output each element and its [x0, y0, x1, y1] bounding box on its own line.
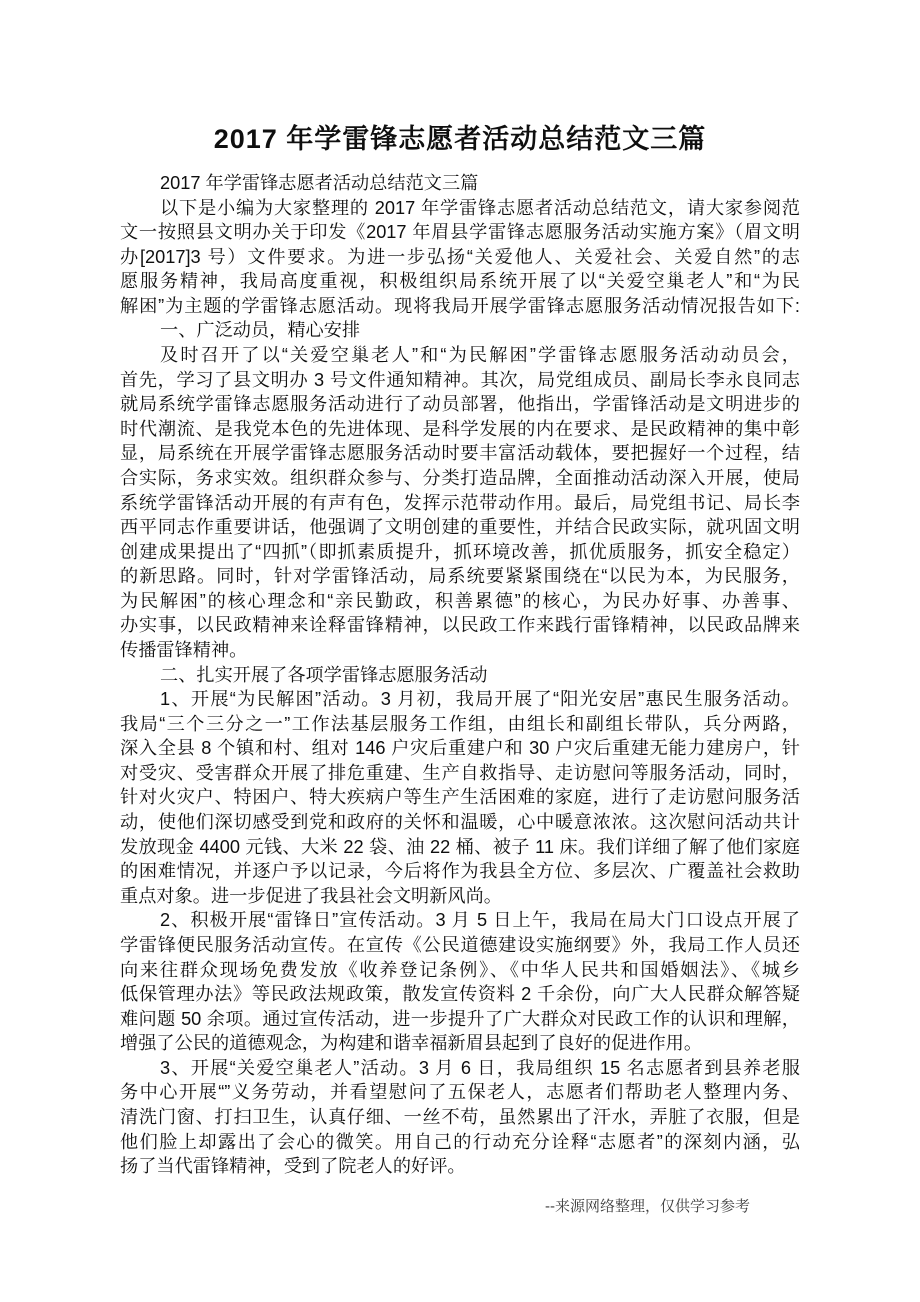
text-line: 的新思路。同时，针对学雷锋活动，局系统要紧紧围绕在“以民为本，为民服务，	[120, 564, 800, 589]
text-line: 务中心开展“”义务劳动，并看望慰问了五保老人，志愿者们帮助老人整理内务、	[120, 1080, 800, 1105]
text-line: 向来往群众现场免费发放《收养登记条例》、《中华人民共和国婚姻法》、《城乡	[120, 958, 800, 983]
text-line: 学雷锋便民服务活动宣传。在宣传《公民道德建设实施纲要》外，我局工作人员还	[120, 933, 800, 958]
document-title: 2017 年学雷锋志愿者活动总结范文三篇	[120, 117, 800, 156]
text-line: 系统学雷锋活动开展的有声有色，发挥示范带动作用。最后，局党组书记、局长李	[120, 491, 800, 516]
text-line: 以下是小编为大家整理的 2017 年学雷锋志愿者活动总结范文，请大家参阅范	[120, 196, 800, 221]
footer-note: --来源网络整理，仅供学习参考	[545, 1196, 750, 1218]
text-line: 创建成果提出了“四抓”（即抓素质提升，抓环境改善，抓优质服务，抓安全稳定）	[120, 540, 800, 565]
text-line: 动，使他们深切感受到党和政府的关怀和温暖，心中暖意浓浓。这次慰问活动共计	[120, 810, 800, 835]
text-line: 显，局系统在开展学雷锋志愿服务活动时要丰富活动载体，要把握好一个过程，结	[120, 441, 800, 466]
document-body: 2017 年学雷锋志愿者活动总结范文三篇以下是小编为大家整理的 2017 年学雷…	[120, 171, 800, 1179]
text-line: 深入全县 8 个镇和村、组对 146 户灾后重建户和 30 户灾后重建无能力建房…	[120, 736, 800, 761]
text-line: 对受灾、受害群众开展了排危重建、生产自救指导、走访慰问等服务活动，同时，	[120, 761, 800, 786]
text-line: 解困”为主题的学雷锋志愿活动。现将我局开展学雷锋志愿服务活动情况报告如下:	[120, 294, 800, 319]
text-line: 重点对象。进一步促进了我县社会文明新风尚。	[120, 884, 800, 909]
text-line: 传播雷锋精神。	[120, 638, 800, 663]
text-line: 及时召开了以“关爱空巢老人”和“为民解困”学雷锋志愿服务活动动员会，	[120, 343, 800, 368]
text-line: 合实际，务求实效。组织群众参与、分类打造品牌，全面推动活动深入开展，使局	[120, 466, 800, 491]
text-line: 2017 年学雷锋志愿者活动总结范文三篇	[120, 171, 800, 196]
text-line: 针对火灾户、特困户、特大疾病户等生产生活困难的家庭，进行了走访慰问服务活	[120, 785, 800, 810]
text-line: 发放现金 4400 元钱、大米 22 袋、油 22 桶、被子 11 床。我们详细…	[120, 835, 800, 860]
text-line: 3、开展“关爱空巢老人”活动。3 月 6 日，我局组织 15 名志愿者到县养老服	[120, 1056, 800, 1081]
text-line: 一、广泛动员，精心安排	[120, 318, 800, 343]
text-line: 1、开展“为民解困”活动。3 月初，我局开展了“阳光安居”惠民生服务活动。	[120, 687, 800, 712]
text-line: 时代潮流、是我党本色的先进体现、是科学发展的内在要求、是民政精神的集中彰	[120, 417, 800, 442]
text-line: 西平同志作重要讲话，他强调了文明创建的重要性，并结合民政实际，就巩固文明	[120, 515, 800, 540]
text-line: 文一按照县文明办关于印发《2017 年眉县学雷锋志愿服务活动实施方案》（眉文明	[120, 220, 800, 245]
document-page: 2017 年学雷锋志愿者活动总结范文三篇 2017 年学雷锋志愿者活动总结范文三…	[0, 0, 920, 1302]
text-line: 首先，学习了县文明办 3 号文件通知精神。其次，局党组成员、副局长李永良同志	[120, 368, 800, 393]
text-line: 2、积极开展“雷锋日”宣传活动。3 月 5 日上午，我局在局大门口设点开展了	[120, 908, 800, 933]
text-line: 低保管理办法》等民政法规政策，散发宣传资料 2 千余份，向广大人民群众解答疑	[120, 982, 800, 1007]
text-line: 难问题 50 余项。通过宣传活动，进一步提升了广大群众对民政工作的认识和理解，	[120, 1007, 800, 1032]
text-line: 就局系统学雷锋志愿服务活动进行了动员部署，他指出，学雷锋活动是文明进步的	[120, 392, 800, 417]
text-line: 办实事，以民政精神来诠释雷锋精神，以民政工作来践行雷锋精神，以民政品牌来	[120, 613, 800, 638]
text-line: 的困难情况，并逐户予以记录，今后将作为我县全方位、多层次、广覆盖社会救助	[120, 859, 800, 884]
text-line: 增强了公民的道德观念，为构建和谐幸福新眉县起到了良好的促进作用。	[120, 1031, 800, 1056]
text-line: 我局“三个三分之一”工作法基层服务工作组，由组长和副组长带队，兵分两路，	[120, 712, 800, 737]
text-line: 为民解困”的核心理念和“亲民勤政，积善累德”的核心，为民办好事、办善事、	[120, 589, 800, 614]
text-line: 清洗门窗、打扫卫生，认真仔细、一丝不苟，虽然累出了汗水，弄脏了衣服，但是	[120, 1105, 800, 1130]
text-line: 办[2017]3 号）文件要求。为进一步弘扬“关爱他人、关爱社会、关爱自然”的志	[120, 245, 800, 270]
text-line: 他们脸上却露出了会心的微笑。用自己的行动充分诠释“志愿者”的深刻内涵，弘	[120, 1130, 800, 1155]
text-line: 二、扎实开展了各项学雷锋志愿服务活动	[120, 663, 800, 688]
text-line: 扬了当代雷锋精神，受到了院老人的好评。	[120, 1154, 800, 1179]
text-line: 愿服务精神，我局高度重视，积极组织局系统开展了以“关爱空巢老人”和“为民	[120, 269, 800, 294]
